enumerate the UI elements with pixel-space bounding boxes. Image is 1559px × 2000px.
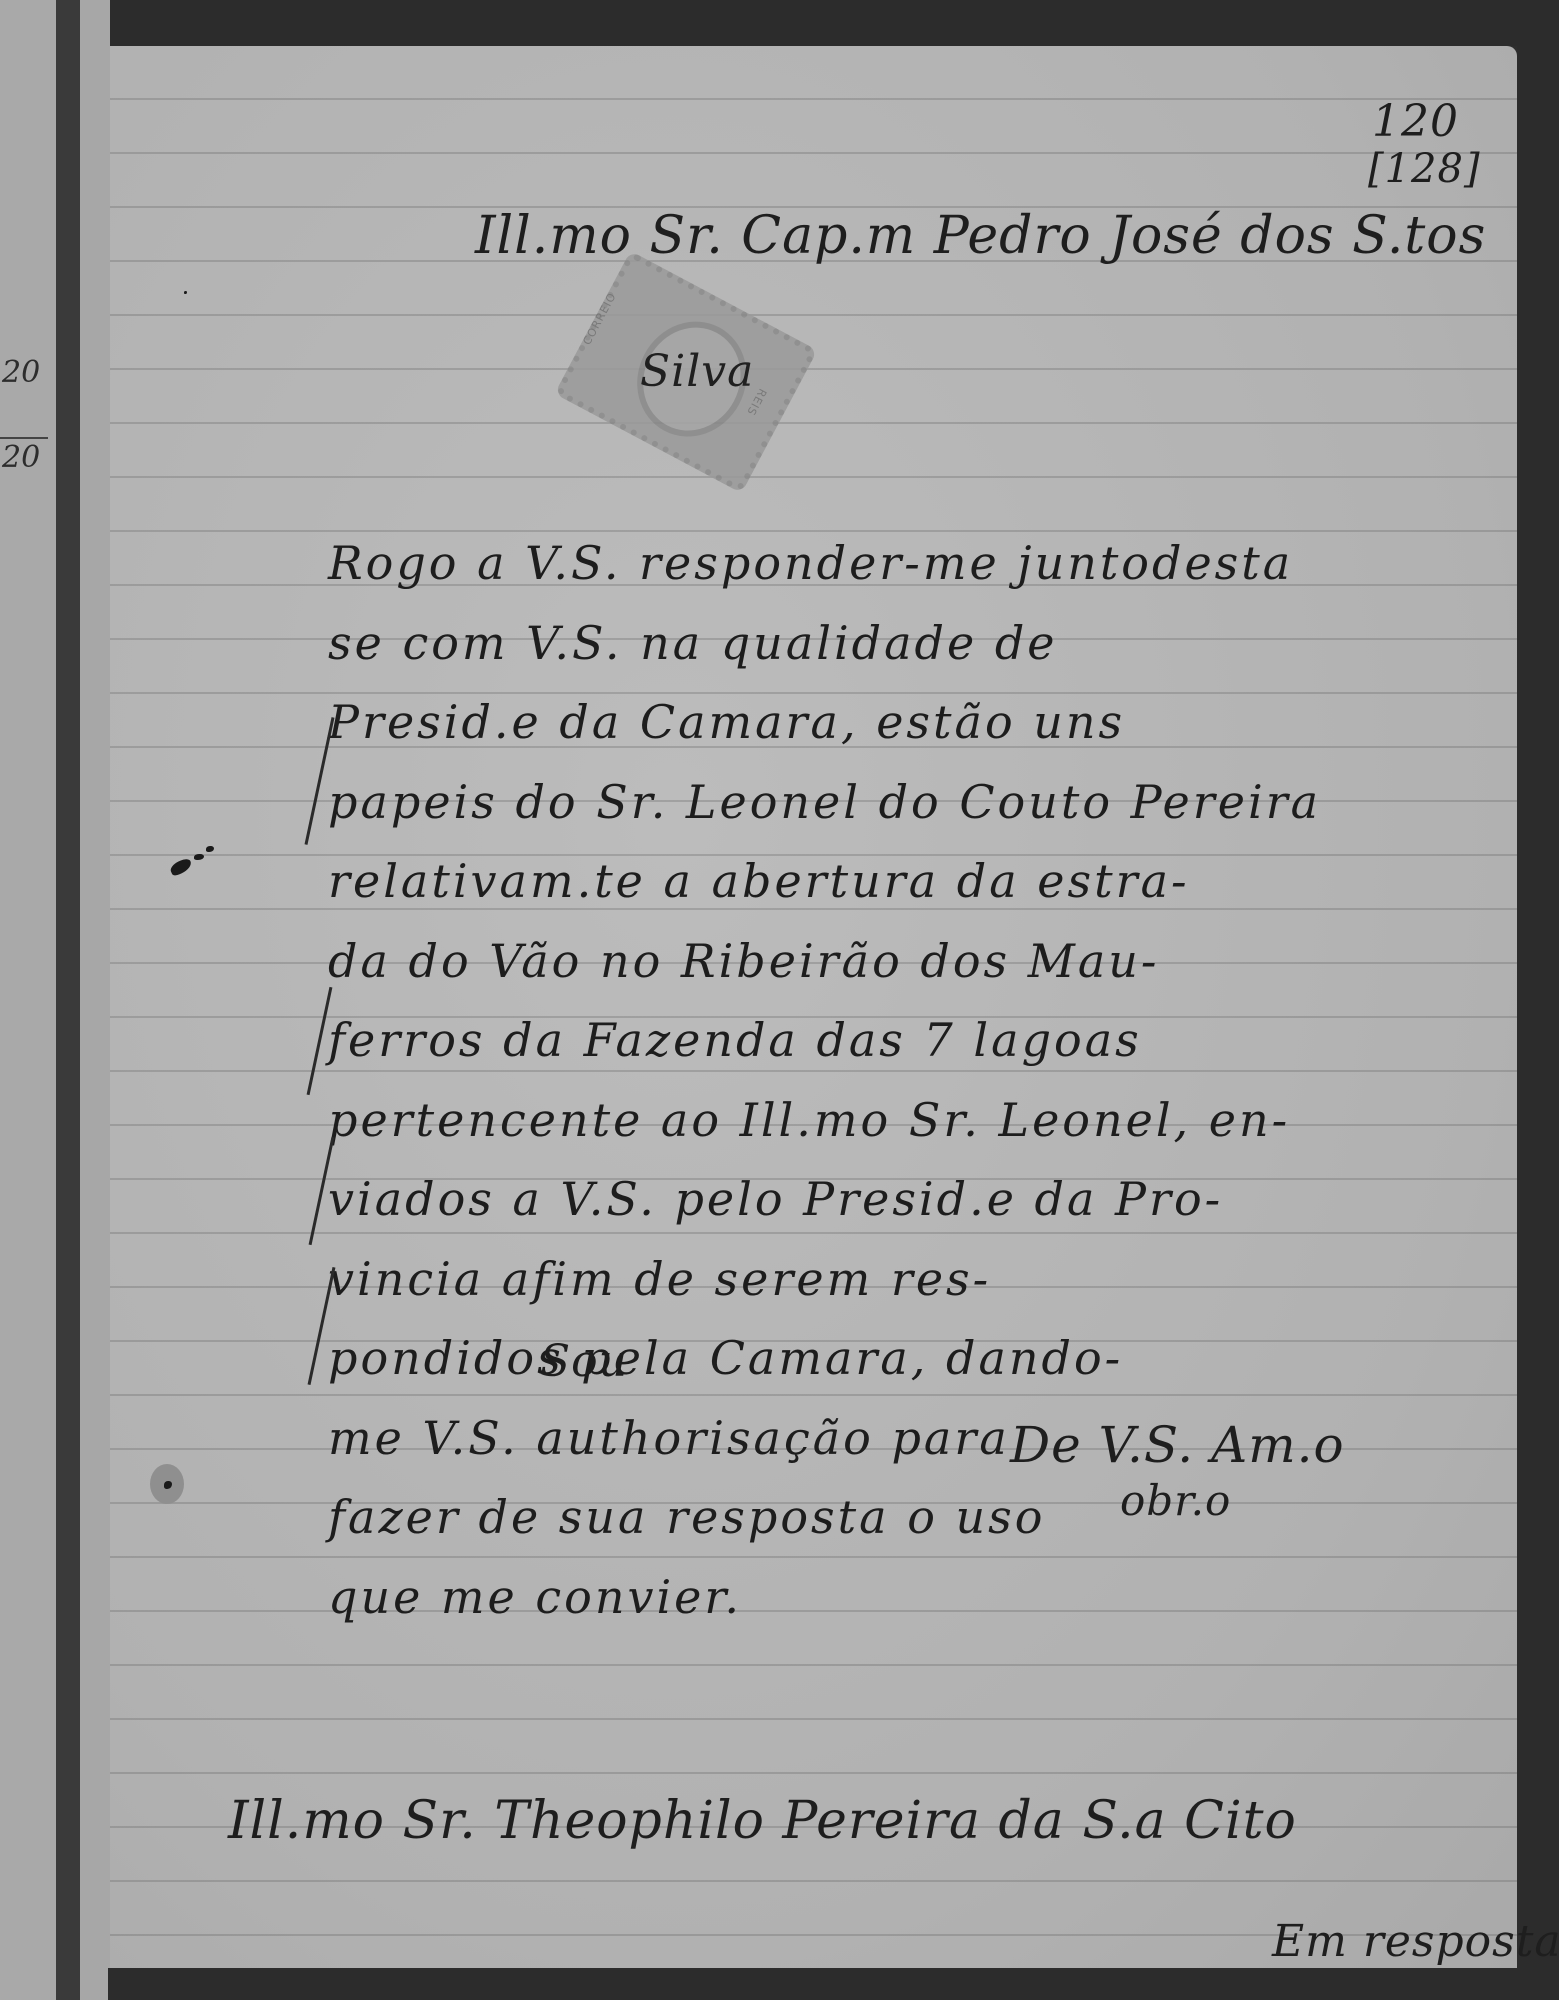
body-line: da do Vão no Ribeirão dos Mau- xyxy=(328,922,1518,1002)
signature: Ill.mo Sr. Theophilo Pereira da S.a Cito xyxy=(228,1791,1297,1851)
body-line: papeis do Sr. Leonel do Couto Pereira xyxy=(328,763,1518,843)
body-line: Presid.e da Camara, estão uns xyxy=(328,683,1518,763)
ink-speck xyxy=(184,291,187,294)
ink-blot xyxy=(194,854,204,860)
archive-number: [128] xyxy=(1368,146,1481,192)
adjacent-page-mark: 20 xyxy=(2,355,40,390)
scan-frame-bottom xyxy=(108,1968,1559,2000)
scan-frame-right xyxy=(1517,0,1559,2000)
binding-shadow xyxy=(56,0,80,2000)
letter-sheet: 120 [128] Ill.mo Sr. Cap.m Pedro José do… xyxy=(110,46,1517,1968)
body-line: que me convier. xyxy=(328,1558,1518,1638)
adjacent-page-mark: 20 xyxy=(2,440,40,475)
adjacent-page-rule xyxy=(0,437,48,439)
body-line: fazer de sua resposta o uso xyxy=(328,1478,1518,1558)
complimentary-close-line-1: De V.S. Am.o xyxy=(1010,1416,1345,1474)
body-line: se com V.S. na qualidade de xyxy=(328,604,1518,684)
body-line: viados a V.S. pelo Presid.e da Pro- xyxy=(328,1160,1518,1240)
complimentary-close-line-2: obr.o xyxy=(1120,1476,1231,1525)
closing-word: Sou xyxy=(540,1336,628,1387)
scan-frame-top xyxy=(110,0,1559,46)
body-line: vincia afim de serem res- xyxy=(328,1240,1518,1320)
addressee-note: Em resposta xyxy=(1272,1916,1559,1967)
body-line: relativam.te a abertura da estra- xyxy=(328,842,1518,922)
body-line: pertencente ao Ill.mo Sr. Leonel, en- xyxy=(328,1081,1518,1161)
folio-number: 120 xyxy=(1372,96,1459,147)
ink-blot xyxy=(168,857,193,877)
adjacent-page-strip: 20 20 xyxy=(0,0,56,2000)
stamp-text-left: CORREIO xyxy=(580,290,618,347)
body-line: pondidos pela Camara, dando- xyxy=(328,1319,1518,1399)
stamp-signature: Silva xyxy=(640,346,754,397)
ink-blot xyxy=(206,846,214,852)
body-line: Rogo a V.S. responder-me juntodesta xyxy=(328,524,1518,604)
gutter-strip xyxy=(80,0,110,2000)
body-line: ferros da Fazenda das 7 lagoas xyxy=(328,1001,1518,1081)
